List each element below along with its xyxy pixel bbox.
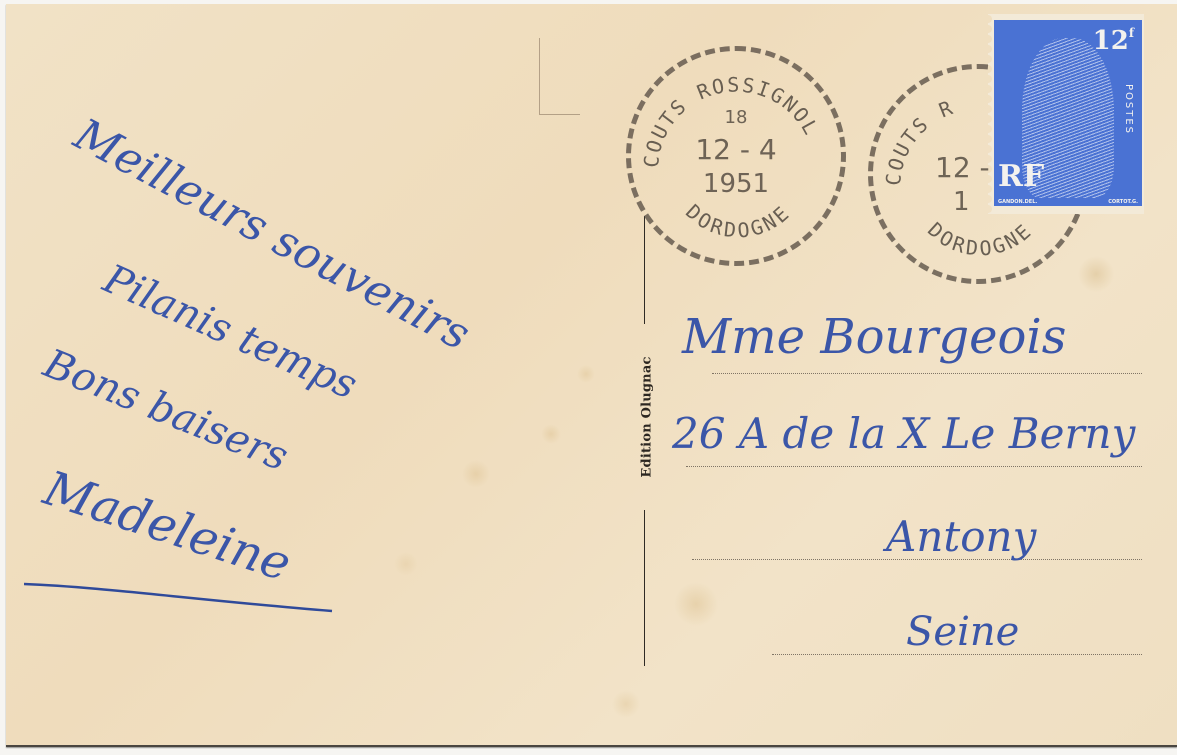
address-recipient: Mme Bourgeois: [682, 309, 1066, 365]
divider-line-bottom: [644, 510, 645, 666]
address-street: 26 A de la X Le Berny: [672, 409, 1135, 458]
postmark-1-date: 12 - 4: [631, 133, 841, 166]
stamp-value: 12f: [1093, 26, 1134, 56]
stamp-engraver-right: CORTOT.G.: [1108, 199, 1138, 205]
signature: Madeleine: [37, 460, 297, 592]
svg-text:DORDOGNE: DORDOGNE: [923, 217, 1037, 260]
publisher-imprint: Edition Olugnac: [640, 356, 655, 477]
address-line-2: [686, 466, 1142, 467]
stamp-postes-label: POSTES: [1123, 84, 1134, 135]
stamp-rf-label: RF: [998, 159, 1044, 194]
address-city: Antony: [886, 512, 1036, 561]
postmark-1-year: 1951: [631, 169, 841, 199]
address-region: Seine: [906, 609, 1019, 655]
address-line-1: [712, 373, 1142, 374]
message-line-1: Meilleurs souvenirs: [66, 109, 478, 360]
stamp-engraver-left: GANDON.DEL.: [998, 199, 1037, 205]
signature-underline: [24, 581, 334, 617]
svg-text:DORDOGNE: DORDOGNE: [681, 199, 795, 242]
postmark-1-time: 18: [631, 107, 841, 128]
faint-pencil-mark: [539, 38, 580, 115]
postmark-1: COUTS ROSSIGNOL DORDOGNE 18 12 - 4 1951: [626, 46, 846, 266]
postage-stamp: 12f POSTES RF GANDON.DEL. CORTOT.G.: [988, 14, 1148, 214]
postcard-back: Meilleurs souvenirs Pilanis temps Bons b…: [6, 4, 1177, 747]
